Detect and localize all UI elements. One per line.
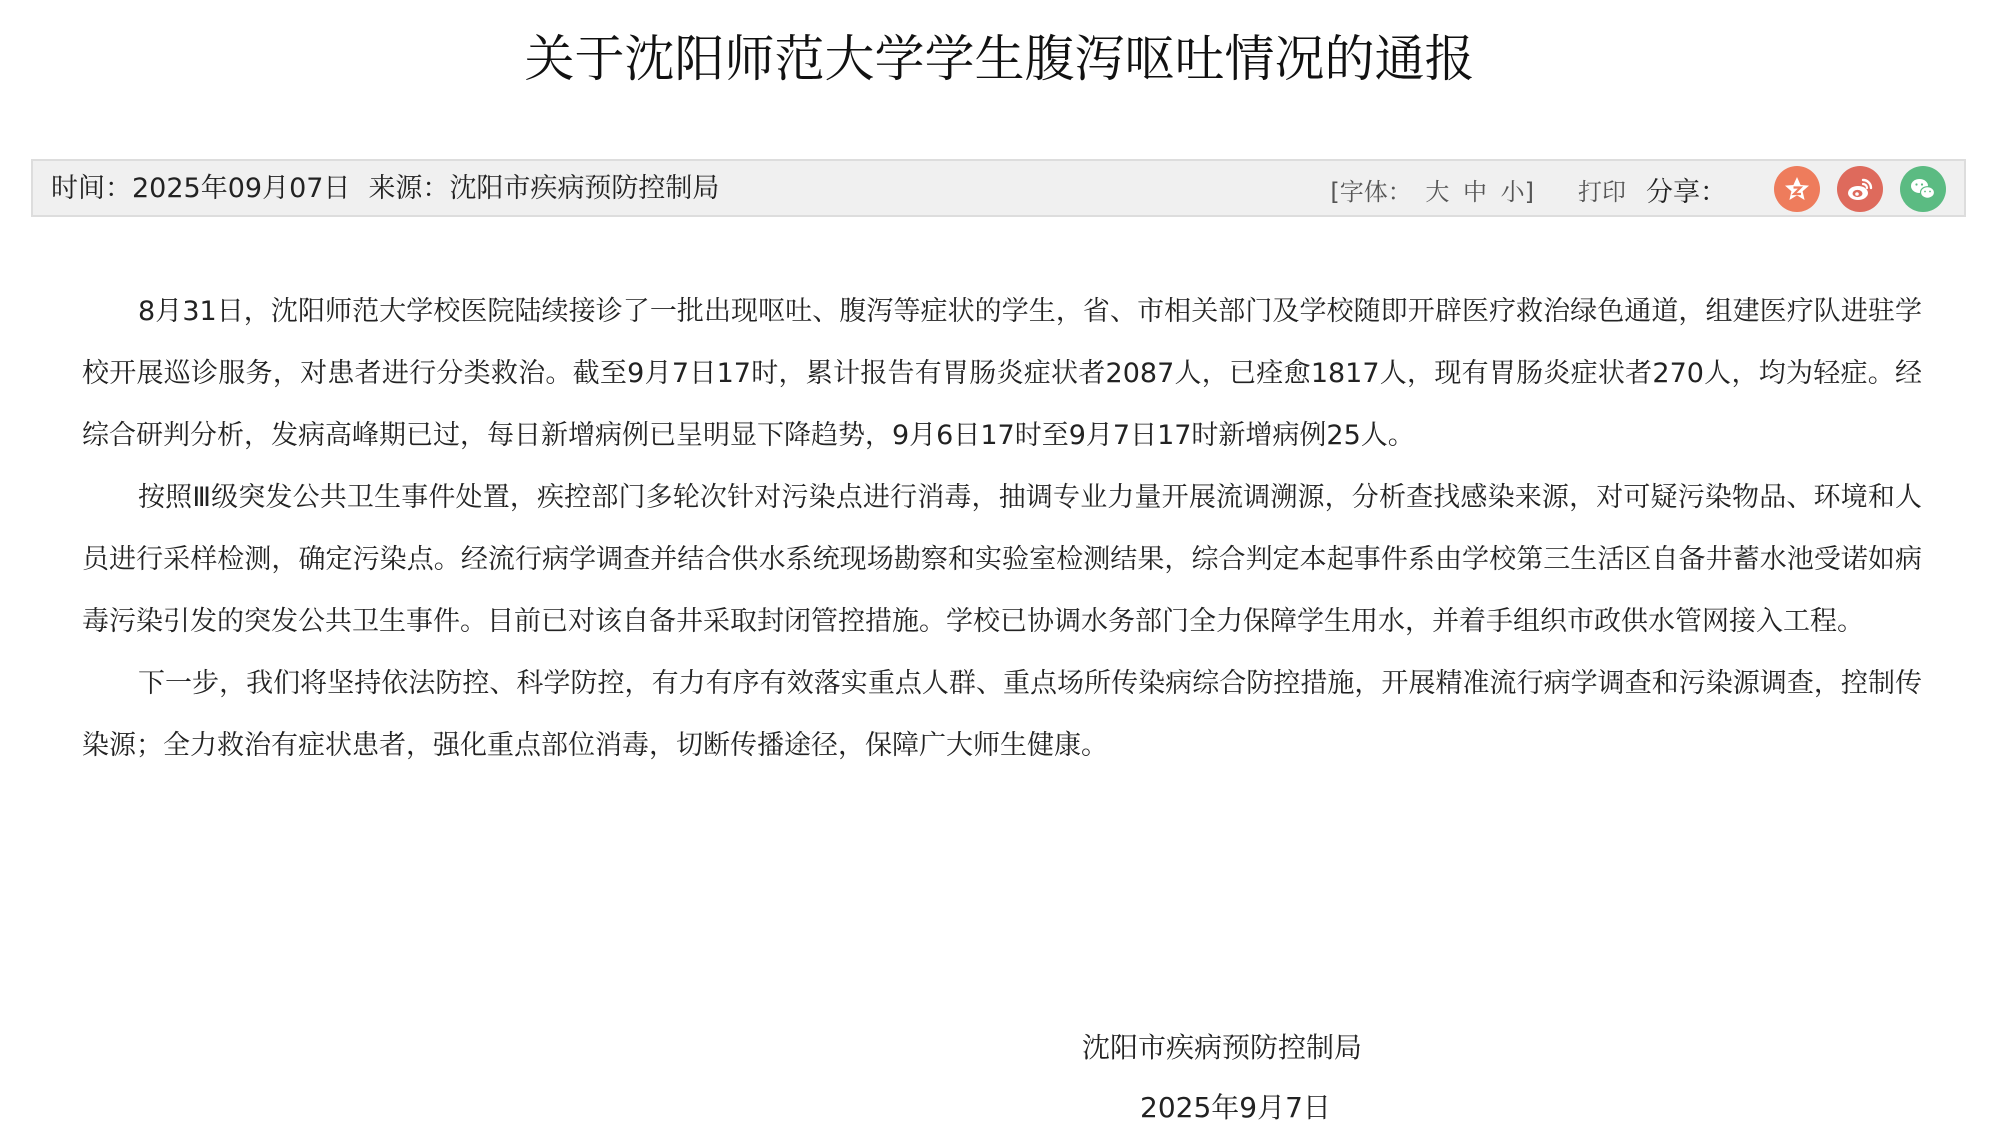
page-title: 关于沈阳师范大学学生腹泻呕吐情况的通报 bbox=[0, 24, 1999, 94]
print-button[interactable]: 打印 bbox=[1578, 172, 1626, 207]
font-size-large-button[interactable]: 大 bbox=[1425, 178, 1449, 206]
article-info-bar: 时间：2025年09月07日来源：沈阳市疾病预防控制局 [字体： 大 中 小] … bbox=[31, 159, 1966, 217]
article-meta: 时间：2025年09月07日来源：沈阳市疾病预防控制局 bbox=[51, 161, 719, 217]
signature-date: 2025年9月7日 bbox=[1140, 1088, 1331, 1128]
font-size-small-button[interactable]: 小 bbox=[1501, 178, 1525, 206]
source-value: 沈阳市疾病预防控制局 bbox=[449, 173, 719, 204]
share-wechat-button[interactable] bbox=[1900, 166, 1946, 212]
weibo-icon bbox=[1844, 173, 1876, 205]
article-body: 8月31日，沈阳师范大学校医院陆续接诊了一批出现呕吐、腹泻等症状的学生，省、市相… bbox=[82, 281, 1922, 777]
paragraph: 下一步，我们将坚持依法防控、科学防控，有力有序有效落实重点人群、重点场所传染病综… bbox=[82, 653, 1922, 777]
font-size-suffix: ] bbox=[1525, 178, 1534, 206]
publish-date: 2025年09月07日 bbox=[132, 173, 350, 204]
qzone-star-icon bbox=[1782, 174, 1812, 204]
font-size-control: [字体： 大 中 小] bbox=[1330, 172, 1534, 207]
source-label: 来源： bbox=[368, 173, 449, 204]
paragraph: 按照Ⅲ级突发公共卫生事件处置，疾控部门多轮次针对污染点进行消毒，抽调专业力量开展… bbox=[82, 467, 1922, 653]
font-size-medium-button[interactable]: 中 bbox=[1463, 178, 1487, 206]
share-qzone-button[interactable] bbox=[1774, 166, 1820, 212]
paragraph: 8月31日，沈阳师范大学校医院陆续接诊了一批出现呕吐、腹泻等症状的学生，省、市相… bbox=[82, 281, 1922, 467]
share-label: 分享： bbox=[1646, 170, 1727, 209]
font-size-prefix: [字体： bbox=[1330, 178, 1411, 206]
signature-organization: 沈阳市疾病预防控制局 bbox=[1082, 1028, 1362, 1068]
time-label: 时间： bbox=[51, 173, 132, 204]
wechat-icon bbox=[1907, 173, 1939, 205]
article-tools: [字体： 大 中 小] 打印 分享： bbox=[1330, 161, 1946, 217]
share-weibo-button[interactable] bbox=[1837, 166, 1883, 212]
